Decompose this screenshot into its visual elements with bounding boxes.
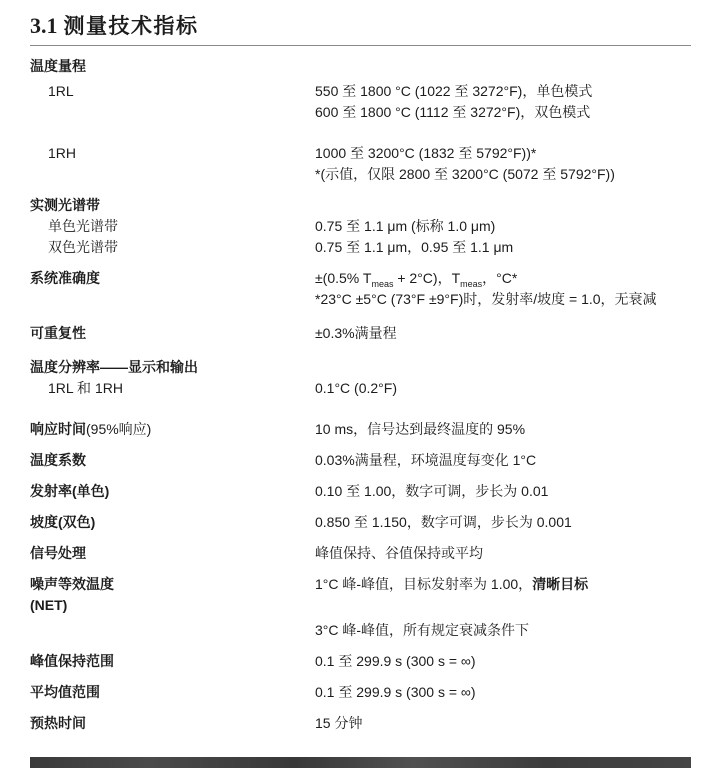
spec-label-text: (95%响应) — [86, 421, 151, 437]
spec-label-text: 实测光谱带 — [30, 197, 100, 213]
spec-value-text: 1°C 峰-峰值，目标发射率为 1.00， — [315, 576, 532, 592]
spec-label-text: 温度分辨率——显示和输出 — [30, 359, 198, 375]
spec-label: 信号处理 — [30, 543, 315, 564]
spec-value: 0.1 至 299.9 s (300 s = ∞) — [315, 651, 691, 672]
spec-value-text: ，°C* — [482, 270, 517, 286]
spec-label: 可重复性 — [30, 323, 315, 344]
spec-value-line: ±(0.5% Tmeas + 2°C)，Tmeas，°C* — [315, 268, 691, 289]
spec-value-line: 0.03%满量程，环境温度每变化 1°C — [315, 450, 691, 471]
spec-value-line: 600 至 1800 °C (1112 至 3272°F)，双色模式 — [315, 102, 691, 123]
spec-label-text: 可重复性 — [30, 325, 86, 341]
spec-row: 1RH1000 至 3200°C (1832 至 5792°F))**(示值，仅… — [30, 143, 691, 185]
spec-row: 可重复性±0.3%满量程 — [30, 323, 691, 344]
spec-row: 响应时间(95%响应)10 ms，信号达到最终温度的 95% — [30, 419, 691, 440]
spec-label-text: (NET) — [30, 597, 67, 613]
spec-label: 双色光谱带 — [30, 237, 315, 258]
spec-value-line: 1°C 峰-峰值，目标发射率为 1.00，清晰目标 — [315, 574, 691, 595]
spec-label: 坡度(双色) — [30, 512, 315, 533]
spec-label-text: 噪声等效温度 — [30, 576, 114, 592]
spec-value-line: *(示值，仅限 2800 至 3200°C (5072 至 5792°F)) — [315, 164, 691, 185]
spec-row: 预热时间15 分钟 — [30, 713, 691, 734]
spec-value-line: 0.1 至 299.9 s (300 s = ∞) — [315, 651, 691, 672]
spec-row: 系统准确度±(0.5% Tmeas + 2°C)，Tmeas，°C**23°C … — [30, 268, 691, 310]
spec-row: 发射率(单色)0.10 至 1.00，数字可调，步长为 0.01 — [30, 481, 691, 502]
section-number: 3.1 — [30, 13, 58, 38]
spec-value-text: 峰值保持、谷值保持或平均 — [315, 545, 483, 561]
spec-label-text: 坡度(双色) — [30, 514, 95, 530]
spec-value: 0.03%满量程，环境温度每变化 1°C — [315, 450, 691, 471]
spec-row: 实测光谱带 — [30, 195, 691, 216]
spec-label-text: 1RH — [48, 145, 76, 161]
spec-label-text: 双色光谱带 — [48, 239, 118, 255]
spec-value-text: 15 分钟 — [315, 715, 362, 731]
spec-value-line: 550 至 1800 °C (1022 至 3272°F)，单色模式 — [315, 81, 691, 102]
spec-value-line: 10 ms，信号达到最终温度的 95% — [315, 419, 691, 440]
spec-label-text: 系统准确度 — [30, 270, 100, 286]
page-bottom-strip — [30, 757, 691, 768]
spec-label-text: 温度量程 — [30, 58, 86, 74]
spec-label: 响应时间(95%响应) — [30, 419, 315, 440]
spec-value-text: *(示值，仅限 2800 至 3200°C (5072 至 5792°F)) — [315, 166, 615, 182]
spec-row: 3°C 峰-峰值，所有规定衰减条件下 — [30, 620, 691, 641]
subscript-text: meas — [460, 279, 482, 289]
spec-row: 1RL 和 1RH0.1°C (0.2°F) — [30, 378, 691, 399]
spec-value-text: 0.75 至 1.1 μm (标称 1.0 μm) — [315, 218, 495, 234]
spec-row: 平均值范围0.1 至 299.9 s (300 s = ∞) — [30, 682, 691, 703]
spec-value-text: 0.03%满量程，环境温度每变化 1°C — [315, 452, 536, 468]
spec-value-text: 3°C 峰-峰值，所有规定衰减条件下 — [315, 622, 529, 638]
spec-value: 0.10 至 1.00，数字可调，步长为 0.01 — [315, 481, 691, 502]
spec-value: 1°C 峰-峰值，目标发射率为 1.00，清晰目标 — [315, 574, 691, 595]
spec-value-text: ±0.3%满量程 — [315, 325, 397, 341]
spec-value-text: 0.10 至 1.00，数字可调，步长为 0.01 — [315, 483, 548, 499]
spec-value: 0.1 至 299.9 s (300 s = ∞) — [315, 682, 691, 703]
spec-value: 10 ms，信号达到最终温度的 95% — [315, 419, 691, 440]
spec-value-line: *23°C ±5°C (73°F ±9°F)时，发射率/坡度 = 1.0，无衰减 — [315, 289, 691, 310]
spec-label-text: 1RL — [48, 83, 74, 99]
title-underline-rule — [30, 45, 691, 46]
spec-label: 噪声等效温度(NET) — [30, 574, 315, 616]
spec-list: 温度量程1RL550 至 1800 °C (1022 至 3272°F)，单色模… — [30, 56, 691, 734]
spec-label: 温度系数 — [30, 450, 315, 471]
spec-label: 温度分辨率——显示和输出 — [30, 357, 315, 378]
spec-label: 发射率(单色) — [30, 481, 315, 502]
spec-value-line: 3°C 峰-峰值，所有规定衰减条件下 — [315, 620, 691, 641]
spec-value-text: 0.1 至 299.9 s (300 s = ∞) — [315, 684, 476, 700]
spec-value-text: + 2°C)，T — [393, 270, 460, 286]
spec-row: 单色光谱带0.75 至 1.1 μm (标称 1.0 μm) — [30, 216, 691, 237]
spec-row: 坡度(双色)0.850 至 1.150，数字可调，步长为 0.001 — [30, 512, 691, 533]
spec-value-line: 1000 至 3200°C (1832 至 5792°F))* — [315, 143, 691, 164]
spec-value-text: 550 至 1800 °C (1022 至 3272°F)，单色模式 — [315, 83, 592, 99]
spec-value-text: 10 ms，信号达到最终温度的 95% — [315, 421, 525, 437]
spec-value-text: 0.75 至 1.1 μm，0.95 至 1.1 μm — [315, 239, 513, 255]
spec-value: 1000 至 3200°C (1832 至 5792°F))**(示值，仅限 2… — [315, 143, 691, 185]
spec-row: 温度分辨率——显示和输出 — [30, 357, 691, 378]
spec-value-text: 0.850 至 1.150，数字可调，步长为 0.001 — [315, 514, 572, 530]
section-title: 3.1测量技术指标 — [30, 13, 691, 40]
spec-value-text: 0.1 至 299.9 s (300 s = ∞) — [315, 653, 476, 669]
spec-label: 系统准确度 — [30, 268, 315, 289]
spec-value-line: 0.75 至 1.1 μm，0.95 至 1.1 μm — [315, 237, 691, 258]
spec-label: 单色光谱带 — [30, 216, 315, 237]
spec-value: 0.75 至 1.1 μm (标称 1.0 μm) — [315, 216, 691, 237]
spec-value-text: ±(0.5% T — [315, 270, 371, 286]
spec-value: 峰值保持、谷值保持或平均 — [315, 543, 691, 564]
spec-value-text: *23°C ±5°C (73°F ±9°F)时，发射率/坡度 = 1.0，无衰减 — [315, 291, 657, 307]
spec-row: 信号处理峰值保持、谷值保持或平均 — [30, 543, 691, 564]
spec-value: 0.75 至 1.1 μm，0.95 至 1.1 μm — [315, 237, 691, 258]
subscript-text: meas — [371, 279, 393, 289]
spec-value: ±(0.5% Tmeas + 2°C)，Tmeas，°C**23°C ±5°C … — [315, 268, 691, 310]
spec-label-text: 温度系数 — [30, 452, 86, 468]
spec-row: 双色光谱带0.75 至 1.1 μm，0.95 至 1.1 μm — [30, 237, 691, 258]
spec-value: ±0.3%满量程 — [315, 323, 691, 344]
spec-label-text: 发射率(单色) — [30, 483, 109, 499]
spec-value-text: 1000 至 3200°C (1832 至 5792°F))* — [315, 145, 536, 161]
spec-value-text: 600 至 1800 °C (1112 至 3272°F)，双色模式 — [315, 104, 590, 120]
spec-label-text: 平均值范围 — [30, 684, 100, 700]
spec-value: 550 至 1800 °C (1022 至 3272°F)，单色模式600 至 … — [315, 81, 691, 123]
spec-label-text: 单色光谱带 — [48, 218, 118, 234]
spec-row: 温度量程 — [30, 56, 691, 77]
spec-label: 实测光谱带 — [30, 195, 315, 216]
spec-value: 15 分钟 — [315, 713, 691, 734]
spec-row: 温度系数0.03%满量程，环境温度每变化 1°C — [30, 450, 691, 471]
spec-label: 峰值保持范围 — [30, 651, 315, 672]
spec-value-line: 0.75 至 1.1 μm (标称 1.0 μm) — [315, 216, 691, 237]
spec-document-page: 3.1测量技术指标 温度量程1RL550 至 1800 °C (1022 至 3… — [0, 0, 720, 768]
spec-label: 预热时间 — [30, 713, 315, 734]
page-content: 3.1测量技术指标 温度量程1RL550 至 1800 °C (1022 至 3… — [0, 0, 720, 734]
spec-value: 3°C 峰-峰值，所有规定衰减条件下 — [315, 620, 691, 641]
spec-value-line: 0.850 至 1.150，数字可调，步长为 0.001 — [315, 512, 691, 533]
spec-value-line: 0.10 至 1.00，数字可调，步长为 0.01 — [315, 481, 691, 502]
spec-row: 峰值保持范围0.1 至 299.9 s (300 s = ∞) — [30, 651, 691, 672]
spec-value-line: 0.1°C (0.2°F) — [315, 378, 691, 399]
spec-value-line: 峰值保持、谷值保持或平均 — [315, 543, 691, 564]
spec-label-text: 峰值保持范围 — [30, 653, 114, 669]
spec-label: 1RL — [30, 81, 315, 102]
spec-label-text: 1RL 和 1RH — [48, 380, 123, 396]
spec-row: 1RL550 至 1800 °C (1022 至 3272°F)，单色模式600… — [30, 81, 691, 123]
spec-value-text: 0.1°C (0.2°F) — [315, 380, 397, 396]
spec-label: 平均值范围 — [30, 682, 315, 703]
section-title-text: 测量技术指标 — [64, 15, 199, 38]
spec-value: 0.850 至 1.150，数字可调，步长为 0.001 — [315, 512, 691, 533]
spec-label-text: 信号处理 — [30, 545, 86, 561]
spec-label-text: 预热时间 — [30, 715, 86, 731]
spec-label: 1RL 和 1RH — [30, 378, 315, 399]
spec-label: 1RH — [30, 143, 315, 164]
spec-value-line: ±0.3%满量程 — [315, 323, 691, 344]
spec-row: 噪声等效温度(NET)1°C 峰-峰值，目标发射率为 1.00，清晰目标 — [30, 574, 691, 616]
spec-value-line: 0.1 至 299.9 s (300 s = ∞) — [315, 682, 691, 703]
spec-value-line: 15 分钟 — [315, 713, 691, 734]
spec-value: 0.1°C (0.2°F) — [315, 378, 691, 399]
spec-label: 温度量程 — [30, 56, 315, 77]
spec-value-text: 清晰目标 — [532, 576, 588, 592]
spec-label-text: 响应时间 — [30, 421, 86, 437]
